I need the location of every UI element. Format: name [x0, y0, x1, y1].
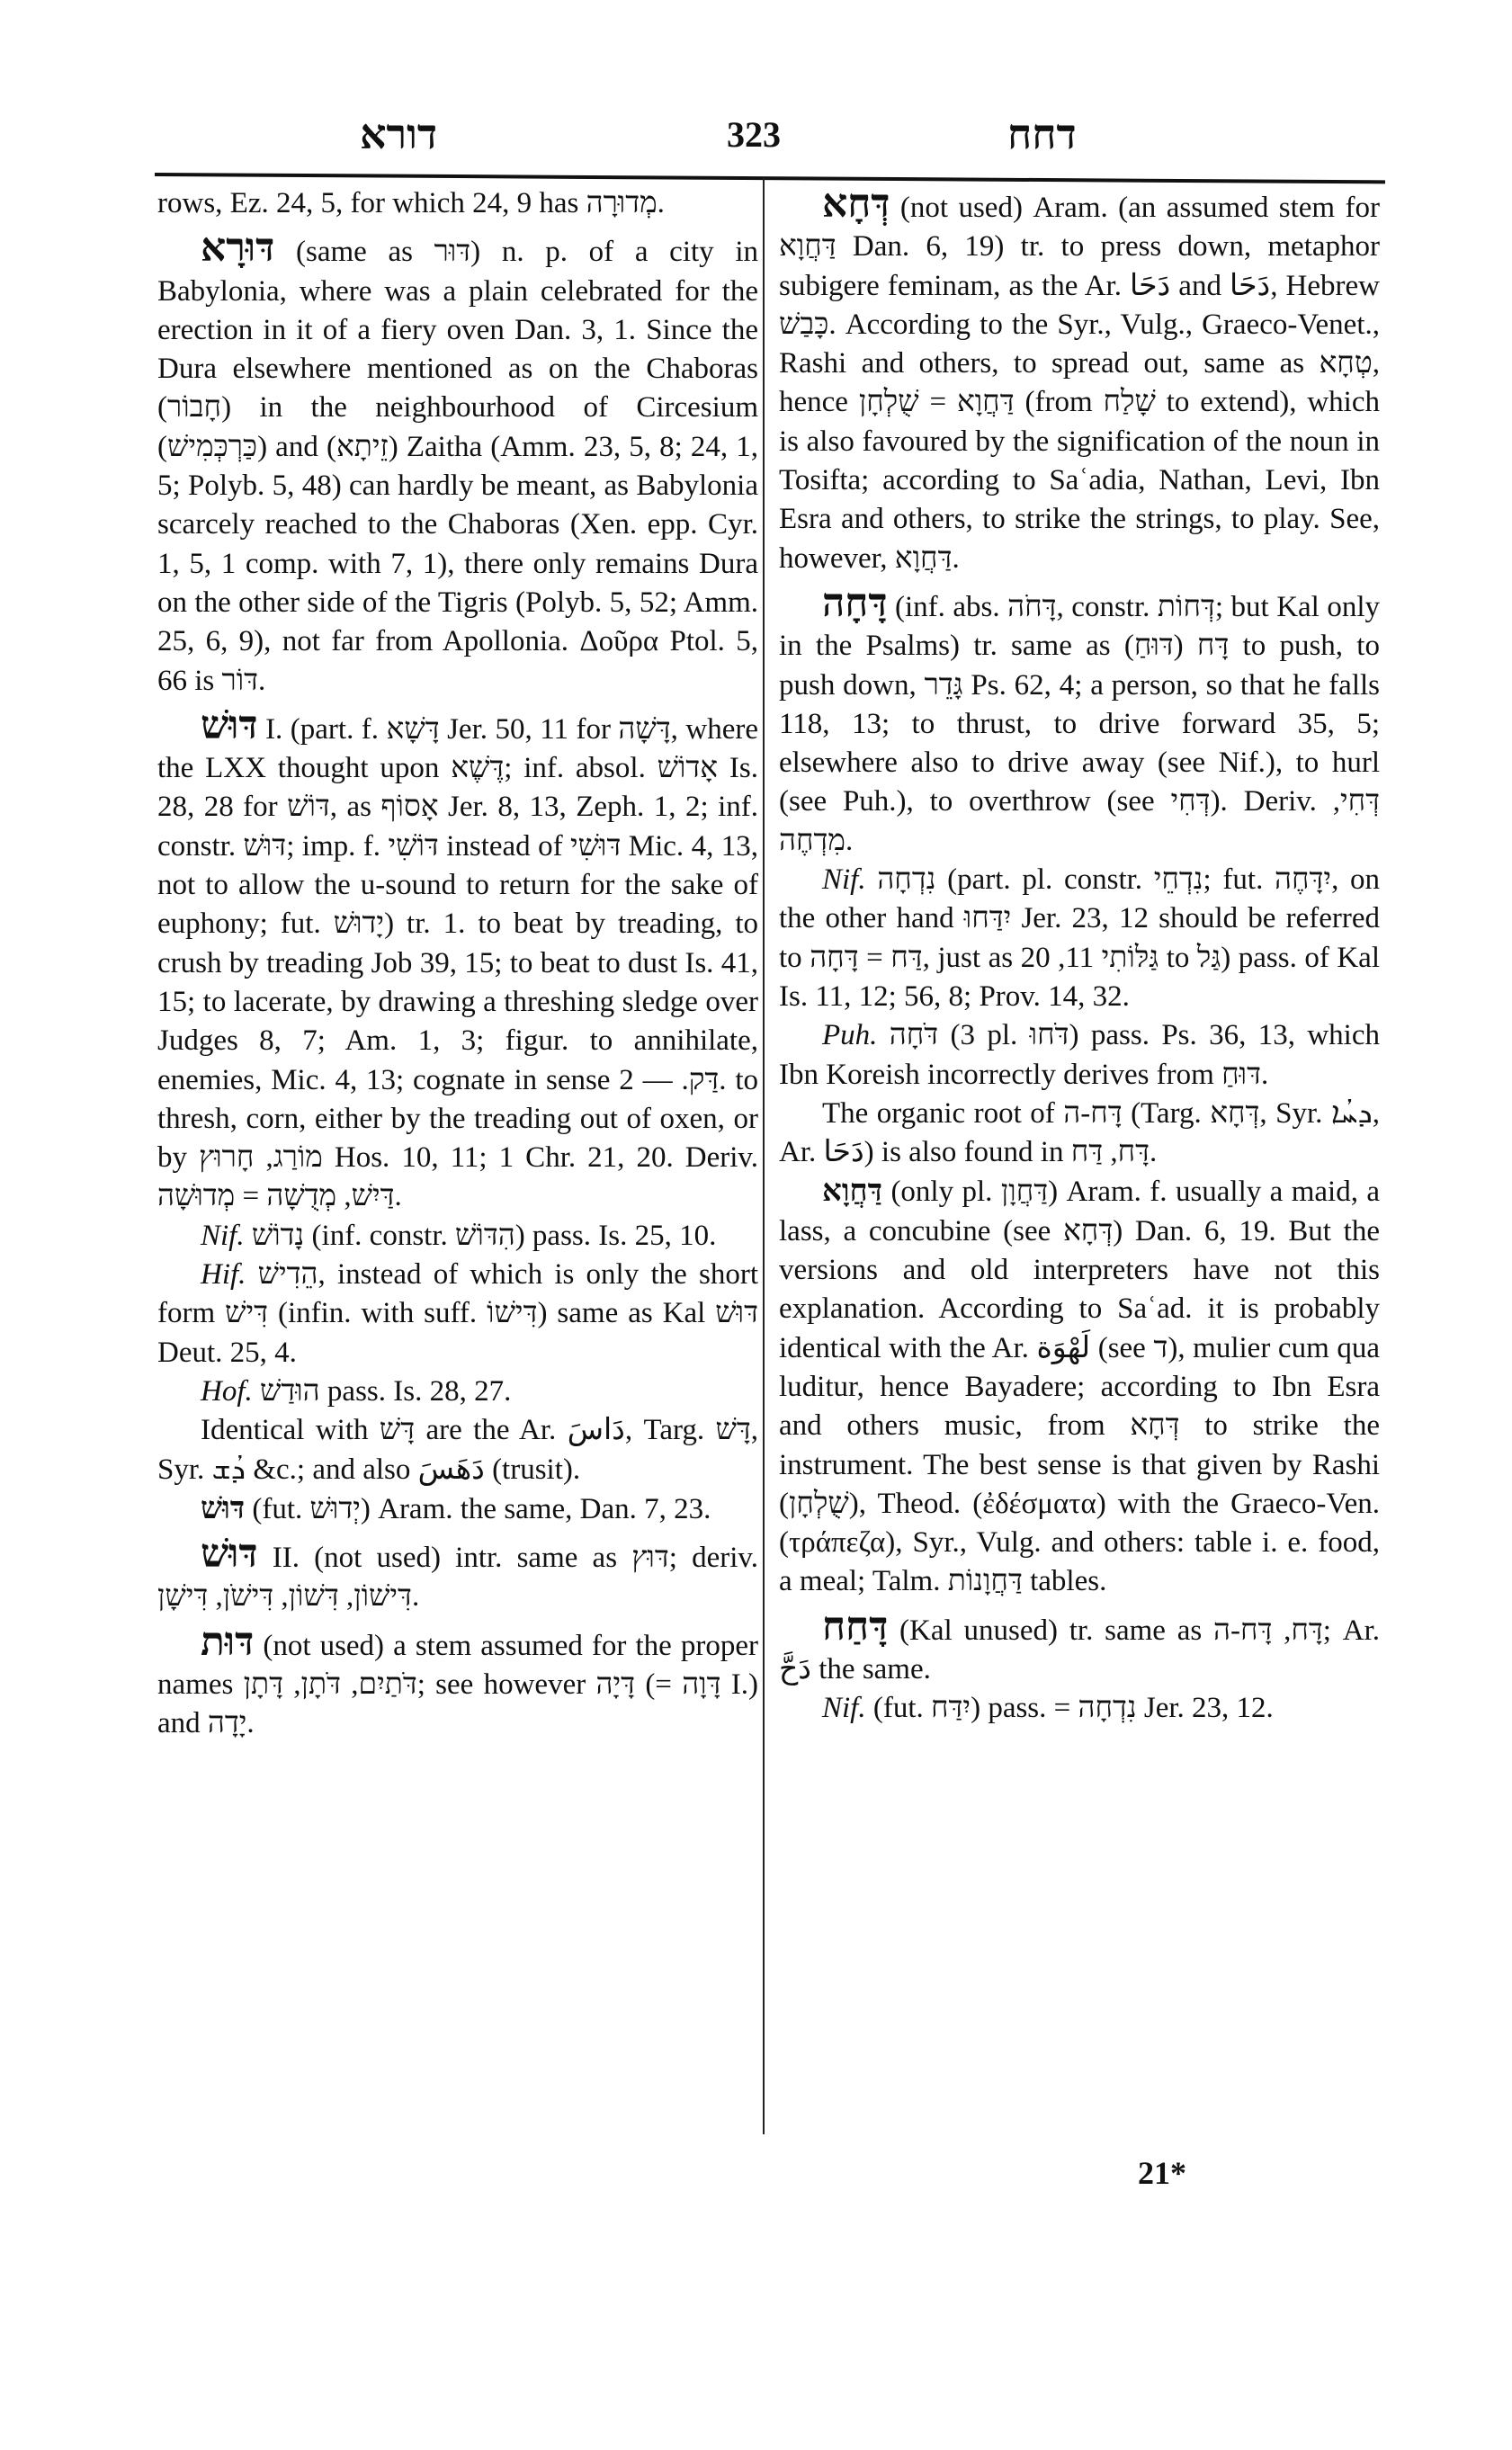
entry-dush-aram: דּוּשׁ (fut. יְדוּשׁ) Aram. the same, Da… [157, 1489, 758, 1529]
headword: דָּחָה [822, 581, 888, 625]
stem-label: Hif. [201, 1258, 246, 1291]
headword: דּוּשׁ [201, 1532, 258, 1576]
entry-text: (not used) Aram. (an assumed stem for דַ… [779, 192, 1380, 575]
entry-text: הֵדִישׁ, instead of which is only the sh… [157, 1258, 758, 1369]
right-catchword: דחח [1007, 110, 1077, 158]
stem-label: Nif. [822, 1692, 866, 1724]
stem-label: Nif. [822, 863, 866, 896]
entry-text: Identical with דָּשׁ are the Ar. دَاسَ, … [157, 1414, 758, 1485]
subentry-hif: Hif. הֵדִישׁ, instead of which is only t… [157, 1256, 758, 1373]
headword: דּוּשׁ [201, 1492, 245, 1525]
subentry-nif: Nif. נִדְחָה (part. pl. constr. נִדְחֵי;… [779, 861, 1380, 1016]
headword: דּוּשׁ [201, 703, 258, 747]
entry-text: (inf. abs. דָּחֹה, constr. דְּחוֹת; but … [779, 591, 1380, 857]
running-header: דורא 323 דחח [153, 110, 1385, 164]
left-catchword: דורא [360, 110, 437, 158]
subentry-nif: Nif. נָדוֹשׁ (inf. constr. הִדּוֹשׁ) pas… [157, 1217, 758, 1256]
entry-dachava: דַּחֲוָא (only pl. דַּחֲוָן) Aram. f. us… [779, 1172, 1380, 1601]
entry-dachach: דָּחַח (Kal unused) tr. same as דָּח, דָ… [779, 1607, 1380, 1690]
headword: דְּחָא [822, 182, 890, 226]
entry-text: הוּדַשׁ pass. Is. 28, 27. [260, 1375, 511, 1408]
headword: דּוּת [201, 1620, 254, 1664]
subentry-nif: Nif. (fut. יִדַּח) pass. = נִדְחָה Jer. … [779, 1689, 1380, 1728]
entry-dura: דּוּרָא (same as דּוּר) n. p. of a city … [157, 228, 758, 701]
entry-dush-2: דּוּשׁ II. (not used) intr. same as דּוּ… [157, 1534, 758, 1617]
entry-text: (fut. יִדַּח) pass. = נִדְחָה Jer. 23, 1… [873, 1692, 1274, 1724]
page-number: 323 [727, 113, 781, 156]
subentry-hof: Hof. הוּדַשׁ pass. Is. 28, 27. [157, 1373, 758, 1411]
right-column: דְּחָא (not used) Aram. (an assumed stem… [779, 184, 1380, 1729]
organic-root-paragraph: The organic root of דָּח-ה (Targ. דְּחָא… [779, 1095, 1380, 1173]
header-rule [155, 173, 1385, 183]
entry-text: נִדְחָה (part. pl. constr. נִדְחֵי; fut.… [779, 863, 1380, 1013]
entry-text: (only pl. דַּחֲוָן) Aram. f. usually a m… [779, 1176, 1380, 1597]
entry-text: The organic root of דָּח-ה (Targ. דְּחָא… [779, 1097, 1380, 1168]
left-column: rows, Ez. 24, 5, for which 24, 9 has מְד… [157, 184, 758, 1744]
entry-dut: דּוּת (not used) a stem assumed for the … [157, 1623, 758, 1744]
stem-label: Puh. [822, 1019, 877, 1051]
headword: דַּחֲוָא [822, 1175, 882, 1208]
entry-decha: דְּחָא (not used) Aram. (an assumed stem… [779, 184, 1380, 578]
entry-dush-1: דּוּשׁ I. (part. f. דָּשָׁא Jer. 50, 11 … [157, 706, 758, 1217]
column-divider [763, 178, 765, 2134]
stem-label: Nif. [201, 1220, 245, 1252]
headword: דָּחַח [822, 1605, 888, 1649]
headword: דּוּרָא [201, 226, 274, 270]
stem-label: Hof. [201, 1375, 253, 1408]
entry-text: (same as דּוּר) n. p. of a city in Babyl… [157, 236, 758, 696]
subentry-puh: Puh. דֹּחָה (3 pl. דֹּחוּ) pass. Ps. 36,… [779, 1016, 1380, 1095]
continuation-paragraph: rows, Ez. 24, 5, for which 24, 9 has מְד… [157, 184, 758, 223]
entry-dachah: דָּחָה (inf. abs. דָּחֹה, constr. דְּחוֹ… [779, 584, 1380, 861]
cognates-paragraph: Identical with דָּשׁ are the Ar. دَاسَ, … [157, 1411, 758, 1489]
entry-text: I. (part. f. דָּשָׁא Jer. 50, 11 for דָּ… [157, 713, 758, 1213]
entry-text: (fut. יְדוּשׁ) Aram. the same, Dan. 7, 2… [252, 1493, 711, 1525]
entry-text: נָדוֹשׁ (inf. constr. הִדּוֹשׁ) pass. Is… [252, 1220, 716, 1252]
signature-mark: 21* [1138, 2154, 1186, 2192]
